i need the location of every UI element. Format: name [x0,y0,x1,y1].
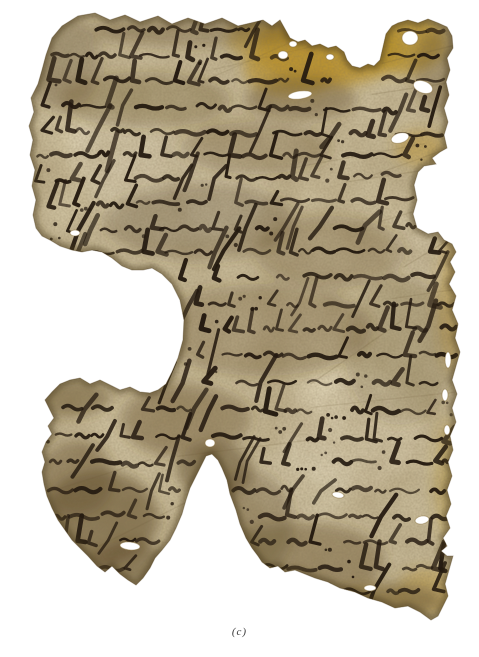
parchment-grain [0,0,479,657]
figure-caption: (c) [0,626,479,638]
manuscript-photo [0,0,479,657]
figure-page: (c) [0,0,479,657]
manuscript-fragment-image [0,0,479,657]
